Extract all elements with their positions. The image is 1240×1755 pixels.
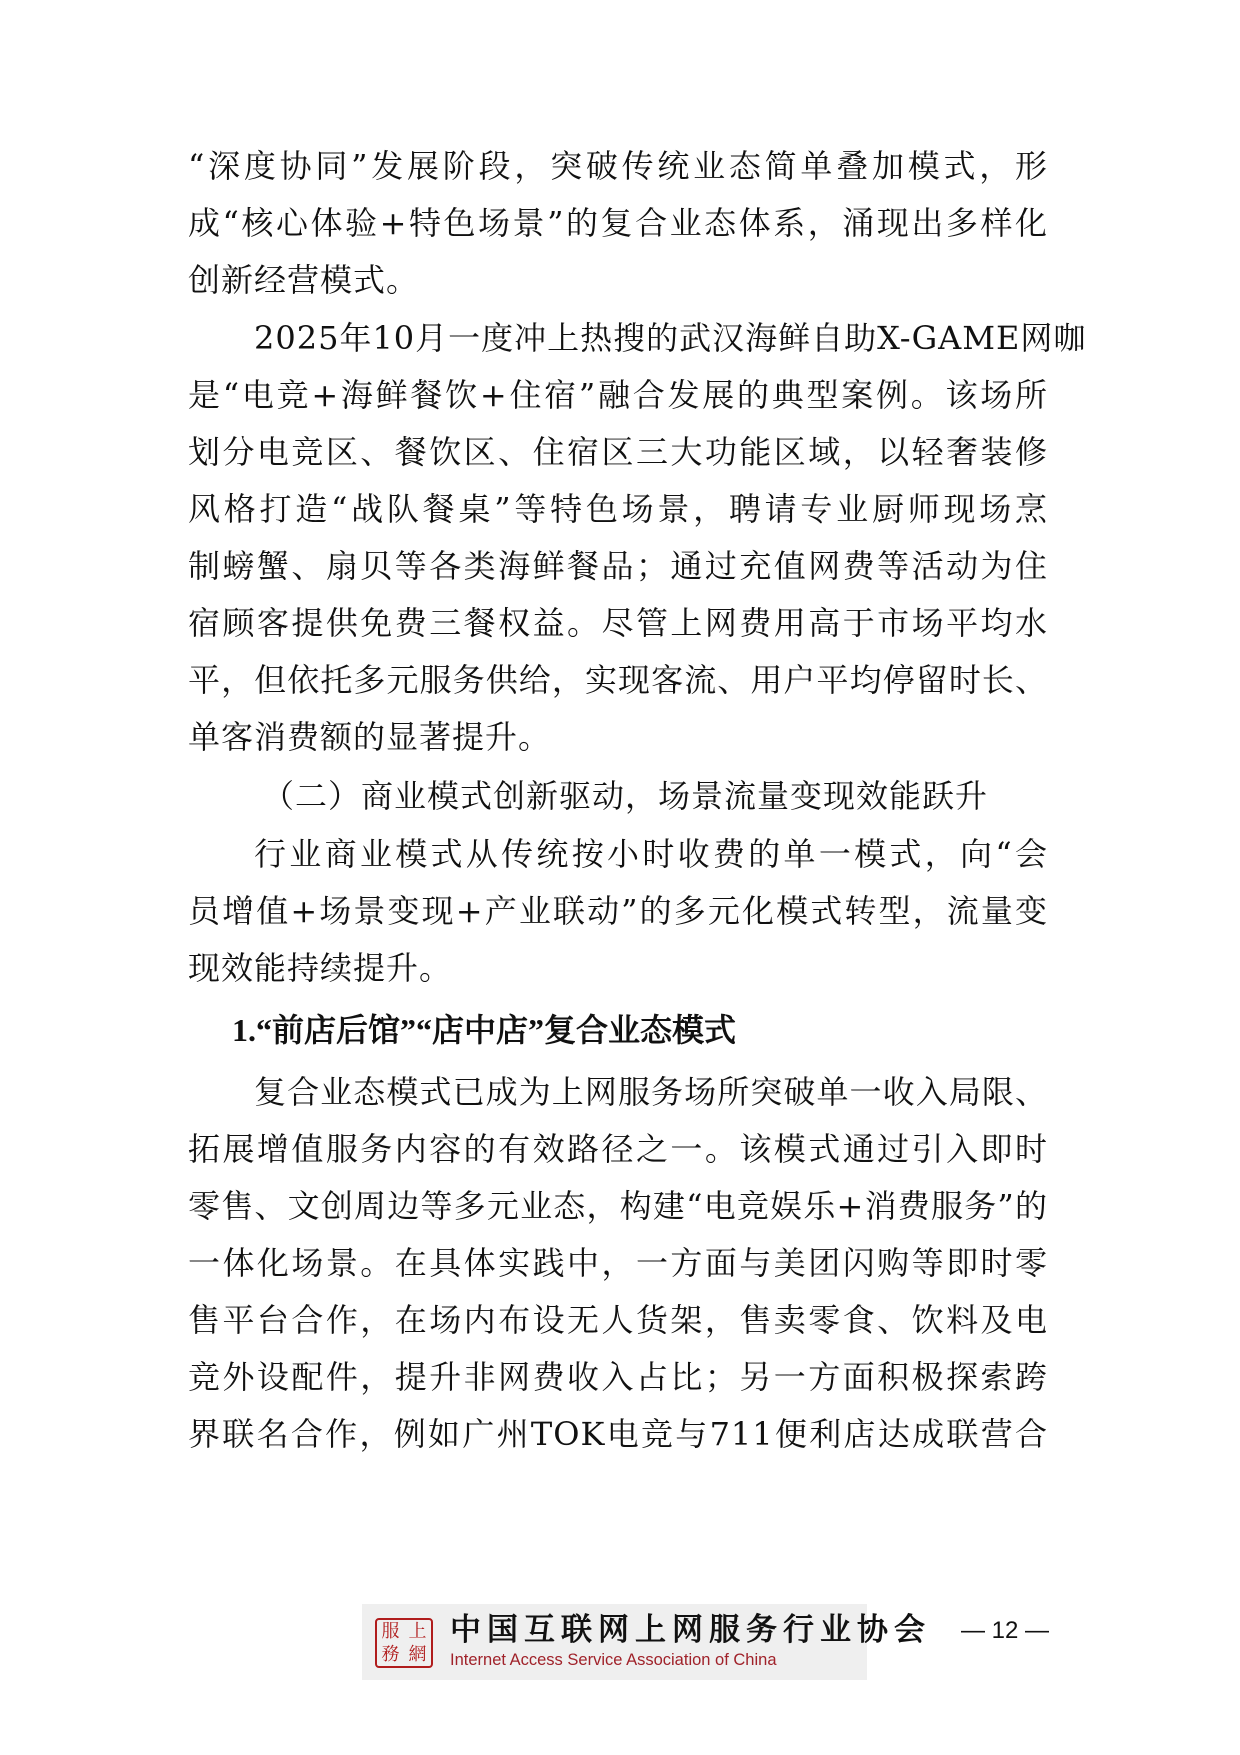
body-text-line: 风格打造“战队餐桌”等特色场景，聘请专业厨师现场烹	[188, 489, 1048, 529]
body-text-line: 单客消费额的显著提升。	[188, 717, 1048, 757]
seal-char: 網	[404, 1643, 431, 1666]
body-text-line: 是“电竞+海鲜餐饮+住宿”融合发展的典型案例。该场所	[188, 375, 1048, 415]
body-text-line: 员增值+场景变现+产业联动”的多元化模式转型，流量变	[188, 891, 1048, 931]
body-text-line: 现效能持续提升。	[188, 948, 1048, 988]
seal-char: 上	[404, 1620, 431, 1643]
section-heading: （二）商业模式创新驱动，场景流量变现效能跃升	[262, 776, 988, 816]
body-text-line: 2025年10月一度冲上热搜的武汉海鲜自助X-GAME网咖	[254, 318, 1048, 358]
seal-icon: 服 上 務 網	[375, 1618, 433, 1668]
body-text-line: 制螃蟹、扇贝等各类海鲜餐品；通过充值网费等活动为住	[188, 546, 1048, 586]
body-text-line: 复合业态模式已成为上网服务场所突破单一收入局限、	[254, 1072, 1048, 1112]
seal-char: 服	[377, 1620, 404, 1643]
document-page: “深度协同”发展阶段，突破传统业态简单叠加模式，形 成“核心体验+特色场景”的复…	[0, 0, 1240, 1755]
body-text-line: 竞外设配件，提升非网费收入占比；另一方面积极探索跨	[188, 1357, 1048, 1397]
logo-name-english: Internet Access Service Association of C…	[450, 1650, 777, 1670]
body-text-line: 创新经营模式。	[188, 260, 1048, 300]
body-text-line: “深度协同”发展阶段，突破传统业态简单叠加模式，形	[188, 146, 1048, 186]
sub-heading: 1.“前店后馆”“店中店”复合业态模式	[232, 1010, 736, 1050]
logo-name-chinese: 中国互联网上网服务行业协会	[450, 1612, 931, 1648]
page-number: — 12 —	[955, 1616, 1055, 1646]
body-text-line: 界联名合作，例如广州TOK电竞与711便利店达成联营合	[188, 1414, 1048, 1454]
body-text-line: 划分电竞区、餐饮区、住宿区三大功能区域，以轻奢装修	[188, 432, 1048, 472]
body-text-line: 平，但依托多元服务供给，实现客流、用户平均停留时长、	[188, 660, 1048, 700]
seal-char: 務	[377, 1643, 404, 1666]
association-logo: 服 上 務 網 中国互联网上网服务行业协会 Internet Access Se…	[362, 1604, 867, 1680]
body-text-line: 拓展增值服务内容的有效路径之一。该模式通过引入即时	[188, 1129, 1048, 1169]
body-text-line: 成“核心体验+特色场景”的复合业态体系，涌现出多样化	[188, 203, 1048, 243]
body-text-line: 宿顾客提供免费三餐权益。尽管上网费用高于市场平均水	[188, 603, 1048, 643]
body-text-line: 售平台合作，在场内布设无人货架，售卖零食、饮料及电	[188, 1300, 1048, 1340]
body-text-line: 一体化场景。在具体实践中，一方面与美团闪购等即时零	[188, 1243, 1048, 1283]
body-text-line: 行业商业模式从传统按小时收费的单一模式，向“会	[254, 834, 1048, 874]
body-text-line: 零售、文创周边等多元业态，构建“电竞娱乐+消费服务”的	[188, 1186, 1048, 1226]
